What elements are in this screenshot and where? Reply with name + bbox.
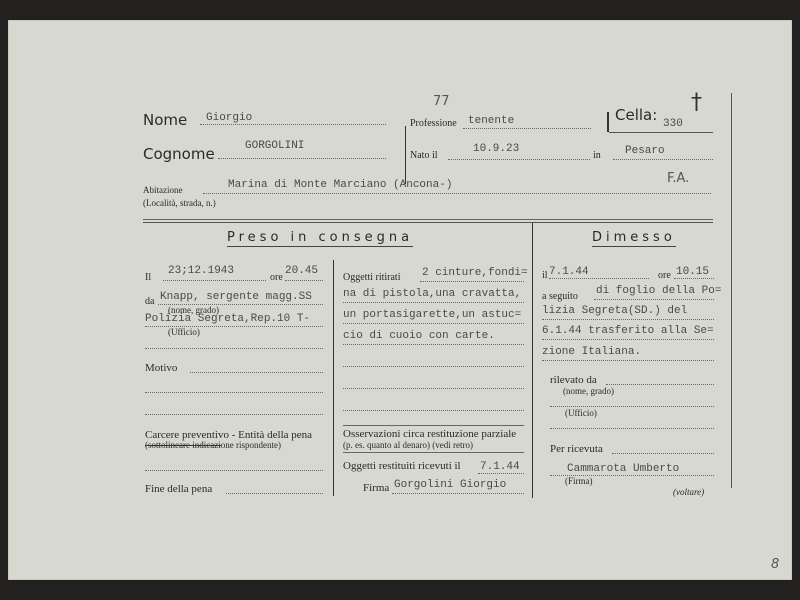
professione-line	[463, 128, 591, 129]
oggetti-ritirati-label: Oggetti ritirati	[343, 272, 401, 283]
oggetti-line-2: na di pistola,una cravatta,	[343, 288, 521, 300]
seguito-line-4: zione Italiana.	[542, 346, 641, 358]
oggetti-line-4: cio di cuoio con carte.	[343, 330, 495, 342]
professione-label: Professione	[410, 118, 457, 129]
prison-record-card: Nome Giorgio Cognome GORGOLINI 77 Profes…	[8, 20, 792, 580]
nome-line	[200, 124, 386, 125]
header-rule	[143, 219, 713, 220]
dimesso-il-value: 7.1.44	[549, 266, 589, 278]
cella-value: 330	[663, 118, 683, 130]
seguito-line-2: lizia Segreta(SD.) del	[542, 305, 687, 317]
restituiti-value: 7.1.44	[480, 461, 520, 473]
seguito-label: a seguito	[542, 291, 578, 302]
osservazioni-sub: (p. es. quanto al denaro) (vedi retro)	[343, 440, 473, 450]
fine-pena-label: Fine della pena	[145, 483, 212, 495]
preso-ore-value: 20.45	[285, 265, 318, 277]
column-divider-2	[532, 223, 533, 498]
seguito-line-1: di foglio della Po=	[596, 285, 721, 297]
rilevato-rule-2	[550, 406, 714, 407]
motivo-line-2	[145, 392, 323, 393]
professione-annotation: 77	[433, 94, 450, 109]
preso-il-value: 23;12.1943	[168, 265, 234, 277]
nato-label: Nato il	[410, 150, 438, 161]
ricevuta-line	[612, 453, 714, 454]
motivo-line-3	[145, 414, 323, 415]
seguito-rule-1	[594, 299, 714, 300]
fa-annotation: F.A.	[667, 171, 689, 186]
da-label: da	[145, 296, 154, 307]
rilevato-label: rilevato da	[550, 374, 597, 386]
oggetti-line-1: 2 cinture,fondi=	[422, 267, 528, 279]
osservazioni-label: Osservazioni circa restituzione parziale	[343, 428, 516, 440]
dimesso-ore-value: 10.15	[676, 266, 709, 278]
osservazioni-top-rule	[343, 425, 524, 426]
oggetti-rule-7	[343, 410, 524, 411]
cella-label: Cella:	[615, 106, 657, 124]
oggetti-rule-4	[343, 344, 524, 345]
cognome-label: Cognome	[143, 145, 215, 163]
dimesso-ore-line	[674, 278, 714, 279]
page-number: 8	[771, 557, 779, 572]
abitazione-label: Abitazione	[143, 185, 183, 195]
rilevato-line	[606, 384, 714, 385]
carcere-line	[145, 470, 323, 471]
ricevuta-value: Cammarota Umberto	[567, 463, 679, 475]
cella-divider	[607, 112, 609, 132]
oggetti-rule-5	[343, 366, 524, 367]
nome-value: Giorgio	[206, 112, 252, 124]
oggetti-rule-3	[343, 323, 524, 324]
dimesso-ore-label: ore	[658, 270, 671, 281]
oggetti-rule-1	[420, 281, 524, 282]
nome-label: Nome	[143, 111, 187, 129]
in-value: Pesaro	[625, 145, 665, 157]
dimesso-firma-sub: (Firma)	[565, 476, 593, 486]
preso-ore-label: ore	[270, 272, 283, 283]
dimesso-ufficio-line	[550, 428, 714, 429]
voltare-note: (voltare)	[673, 487, 704, 497]
in-label: in	[593, 150, 601, 161]
oggetti-rule-6	[343, 388, 524, 389]
nato-line	[448, 159, 590, 160]
dimesso-ufficio-sub: (Ufficio)	[565, 408, 597, 418]
oggetti-firma-line	[392, 493, 524, 494]
oggetti-firma-value: Gorgolini Giorgio	[394, 479, 506, 491]
da-value: Knapp, sergente magg.SS	[160, 291, 312, 303]
abitazione-sub: (Località, strada, n.)	[143, 198, 216, 208]
header-divider	[405, 126, 406, 184]
header-rule-2	[143, 222, 713, 223]
professione-value: tenente	[468, 115, 514, 127]
abitazione-value: Marina di Monte Marciano (Ancona-)	[228, 179, 452, 191]
seguito-rule-4	[542, 360, 714, 361]
seguito-line-3: 6.1.44 trasferito alla Se=	[542, 325, 714, 337]
oggetti-firma-label: Firma	[363, 482, 389, 494]
rilevato-sub: (nome, grado)	[563, 386, 614, 396]
restituiti-label: Oggetti restituiti ricevuti il	[343, 460, 461, 472]
preso-ufficio-value: Polizia Segreta,Rep.10 T-	[145, 313, 310, 325]
cognome-line	[218, 158, 386, 159]
osservazioni-bottom-rule	[343, 452, 524, 453]
cross-mark-icon: †	[691, 90, 702, 115]
motivo-line-1	[190, 372, 323, 373]
ricevuta-label: Per ricevuta	[550, 443, 603, 455]
oggetti-line-3: un portasigarette,un astuc=	[343, 309, 521, 321]
fine-pena-line	[226, 493, 323, 494]
oggetti-rule-2	[343, 302, 524, 303]
right-border-line	[731, 93, 732, 488]
cognome-value: GORGOLINI	[245, 140, 304, 152]
seguito-rule-2	[542, 319, 714, 320]
dimesso-title: Dimesso	[592, 230, 676, 247]
preso-ore-line	[285, 280, 323, 281]
nato-value: 10.9.23	[473, 143, 519, 155]
column-divider-1	[333, 260, 334, 496]
preso-ufficio-sub: (Ufficio)	[168, 327, 200, 337]
preso-blank-line	[145, 348, 323, 349]
carcere-strikethrough	[145, 445, 221, 446]
dimesso-il-line	[549, 278, 649, 279]
motivo-label: Motivo	[145, 362, 177, 374]
cella-line	[609, 132, 713, 133]
seguito-rule-3	[542, 339, 714, 340]
preso-title: Preso in consegna	[227, 230, 413, 247]
dimesso-il-label: il	[542, 270, 548, 281]
abitazione-line	[203, 193, 711, 194]
preso-il-label: Il	[145, 272, 151, 283]
restituiti-line	[478, 473, 524, 474]
preso-il-line	[163, 280, 266, 281]
in-line	[613, 159, 713, 160]
